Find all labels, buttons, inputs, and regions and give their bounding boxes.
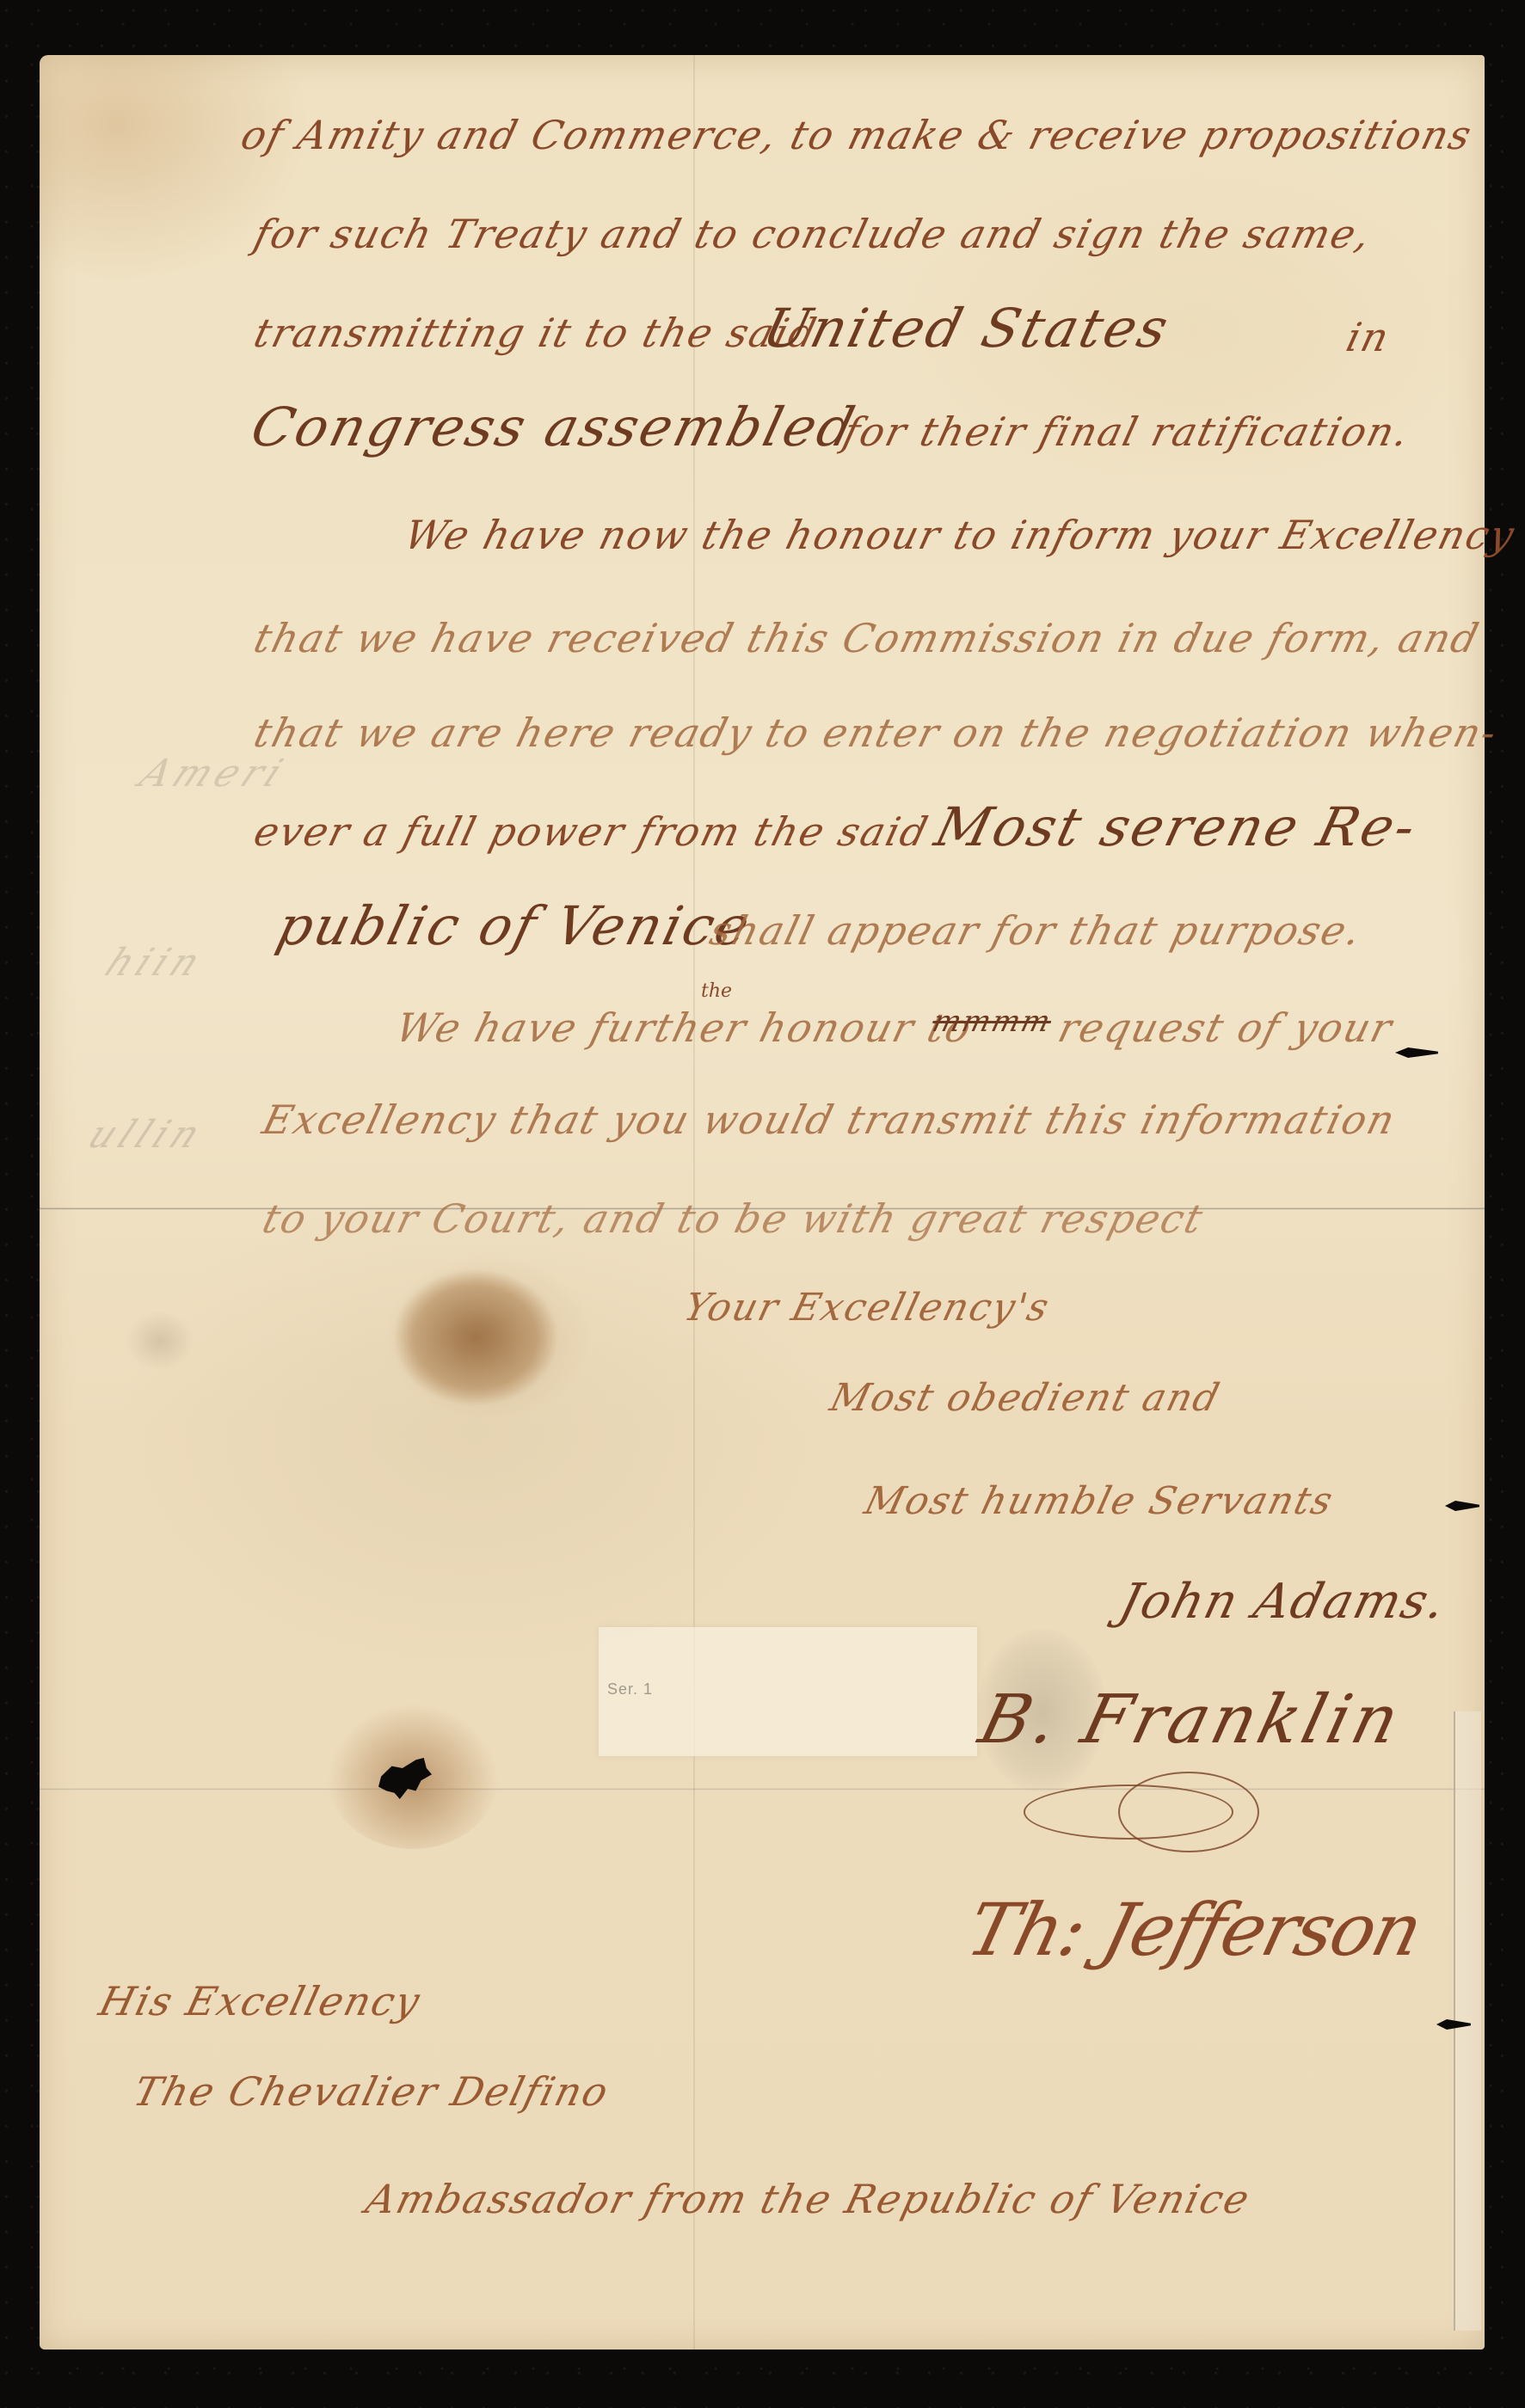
archival-label-patch — [599, 1627, 977, 1756]
letter-line-6: that we have received this Commission in… — [249, 615, 1485, 661]
bleed-through-text: hiin — [98, 941, 212, 985]
most-serene-republic: Most serene Re- — [929, 795, 1424, 858]
franklin-flourish — [1118, 1772, 1259, 1852]
letter-line-7: that we are here ready to enter on the n… — [249, 709, 1503, 756]
horizontal-fold-line — [40, 1788, 1485, 1791]
water-stain — [126, 1311, 194, 1371]
letter-line-12: to your Court, and to be with great resp… — [258, 1195, 1208, 1242]
struck-out-word: mmmm — [929, 1004, 1055, 1039]
signature-franklin: B. Franklin — [972, 1681, 1410, 1759]
letter-line-1: of Amity and Commerce, to make & receive… — [237, 112, 1478, 158]
bleed-through-text: Ameri — [132, 752, 294, 795]
archival-label-text: Ser. 1 — [607, 1680, 653, 1698]
shall-appear: shall appear for that purpose. — [705, 907, 1367, 954]
closing-line-1: Your Excellency's — [679, 1286, 1055, 1330]
letter-line-10: We have further honour to — [391, 1004, 977, 1051]
letter-line-2: for such Treaty and to conclude and sign… — [249, 211, 1376, 257]
closing-line-3: Most humble Servants — [860, 1479, 1338, 1523]
closing-line-2: Most obedient and — [826, 1376, 1225, 1420]
letter-line-3: transmitting it to the said — [249, 310, 822, 356]
emphasized-congress-assembled: Congress assembled — [245, 396, 863, 458]
emphasized-united-states: United States — [757, 297, 1177, 359]
inserted-word: the — [701, 980, 732, 1002]
mounting-strip — [1454, 1711, 1481, 2331]
letter-line-8: ever a full power from the said — [249, 808, 934, 855]
address-line-1: His Excellency — [95, 1978, 426, 2024]
address-line-2: The Chevalier Delfino — [129, 2068, 614, 2115]
bleed-through-text: ullin — [81, 1113, 212, 1157]
letter-line-5: We have now the honour to inform your Ex… — [400, 512, 1520, 558]
final-ratification: for their final ratification. — [839, 408, 1415, 455]
request-of-your: request of your — [1054, 1004, 1398, 1051]
signature-john-adams: John Adams. — [1114, 1574, 1453, 1630]
address-line-3: Ambassador from the Republic of Venice — [361, 2176, 1256, 2222]
signature-jefferson: Th: Jefferson — [959, 1888, 1430, 1972]
public-of-venice: public of Venice — [271, 894, 759, 957]
letter-line-11: Excellency that you would transmit this … — [258, 1096, 1401, 1143]
